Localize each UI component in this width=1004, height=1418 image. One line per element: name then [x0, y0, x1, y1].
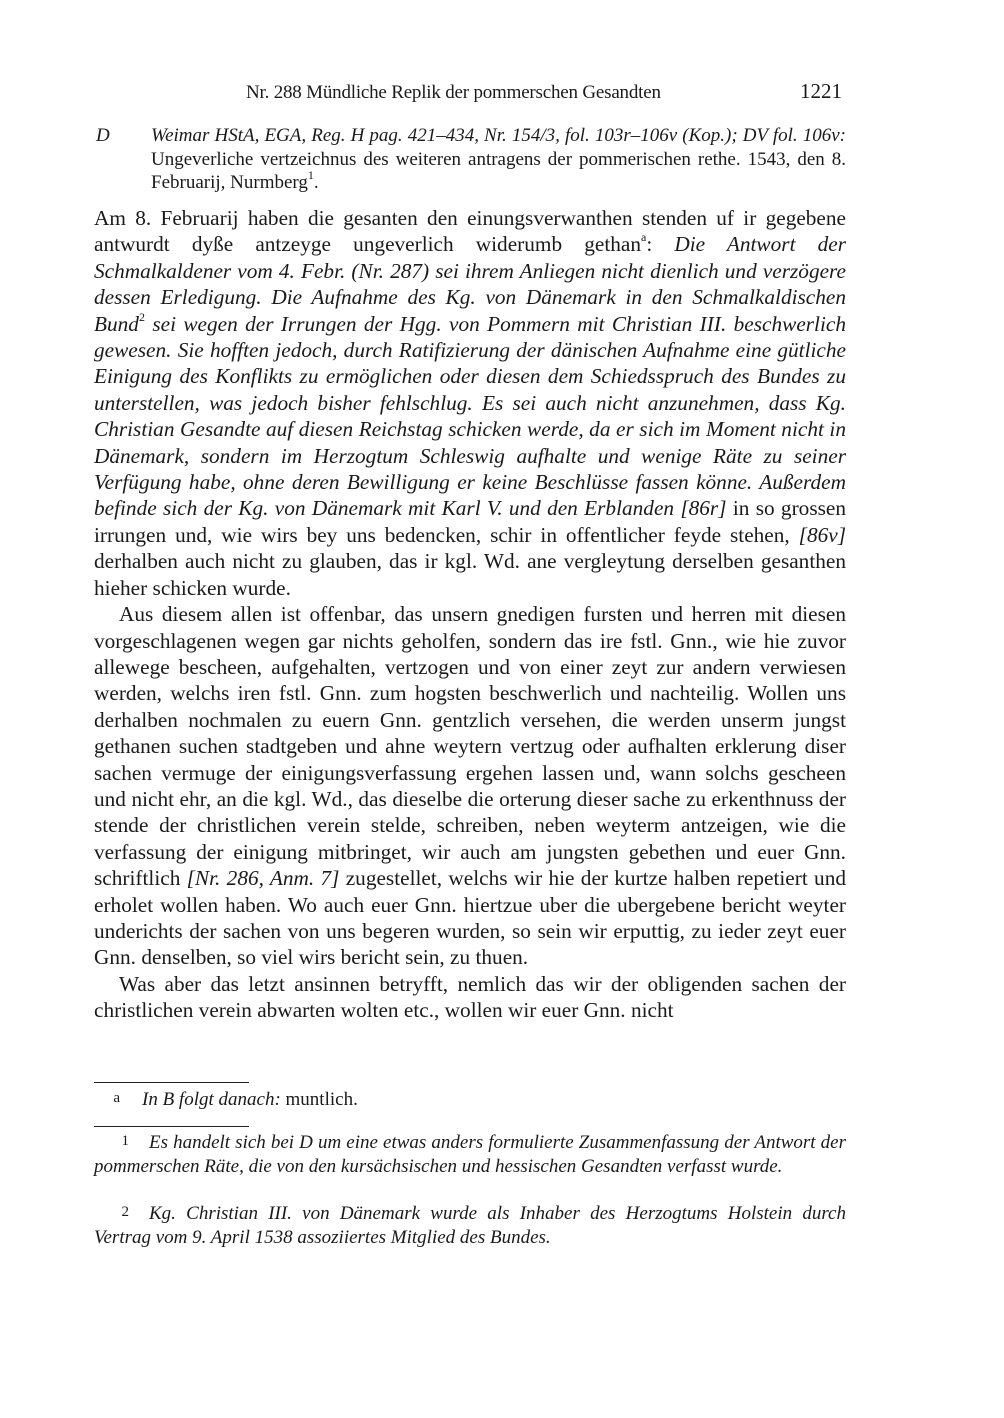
source-description: D Weimar HStA, EGA, Reg. H pag. 421–434,… — [94, 124, 846, 195]
archive-reference: Weimar HStA, EGA, Reg. H pag. 421–434, N… — [151, 125, 846, 146]
source-text: Weimar HStA, EGA, Reg. H pag. 421–434, N… — [151, 124, 846, 195]
folio-marker: [86v] — [799, 523, 846, 547]
apparatus-ref-a[interactable]: a — [641, 230, 646, 244]
dorsal-note: Ungeverliche vertzeichnus des weiteren a… — [151, 149, 846, 194]
footnote-divider — [94, 1126, 249, 1127]
running-head-title: Nr. 288 Mündliche Replik der pommerschen… — [246, 82, 661, 104]
footnote-1: 1Es handelt sich bei D um eine etwas and… — [94, 1130, 846, 1178]
footnote-mark: 2 — [94, 1201, 129, 1225]
paragraph-3: Was aber das letzt ansinnen betryfft, ne… — [94, 971, 846, 1024]
source-siglum: D — [96, 124, 110, 148]
footnote-ref-2[interactable]: 2 — [139, 310, 145, 324]
running-head: Nr. 288 Mündliche Replik der pommerschen… — [94, 82, 846, 106]
apparatus-mark: a — [94, 1087, 120, 1111]
text-apparatus-note: aIn B folgt danach: muntlich. — [94, 1087, 846, 1112]
footnote-ref-1[interactable]: 1 — [308, 168, 314, 182]
paragraph-2: Aus diesem allen ist offenbar, das unser… — [94, 601, 846, 971]
page-number: 1221 — [800, 79, 842, 104]
cross-reference: [Nr. 286, Anm. 7] — [187, 866, 340, 890]
main-text: Am 8. Februarij haben die gesanten den e… — [94, 205, 846, 1024]
footnote-mark: 1 — [94, 1130, 129, 1154]
apparatus-divider — [94, 1082, 249, 1083]
paragraph-1: Am 8. Februarij haben die gesanten den e… — [94, 205, 846, 601]
footnote-2: 2Kg. Christian III. von Dänemark wurde a… — [94, 1201, 846, 1249]
editorial-summary-cont: sei wegen der Irrungen der Hgg. von Pomm… — [94, 312, 846, 521]
